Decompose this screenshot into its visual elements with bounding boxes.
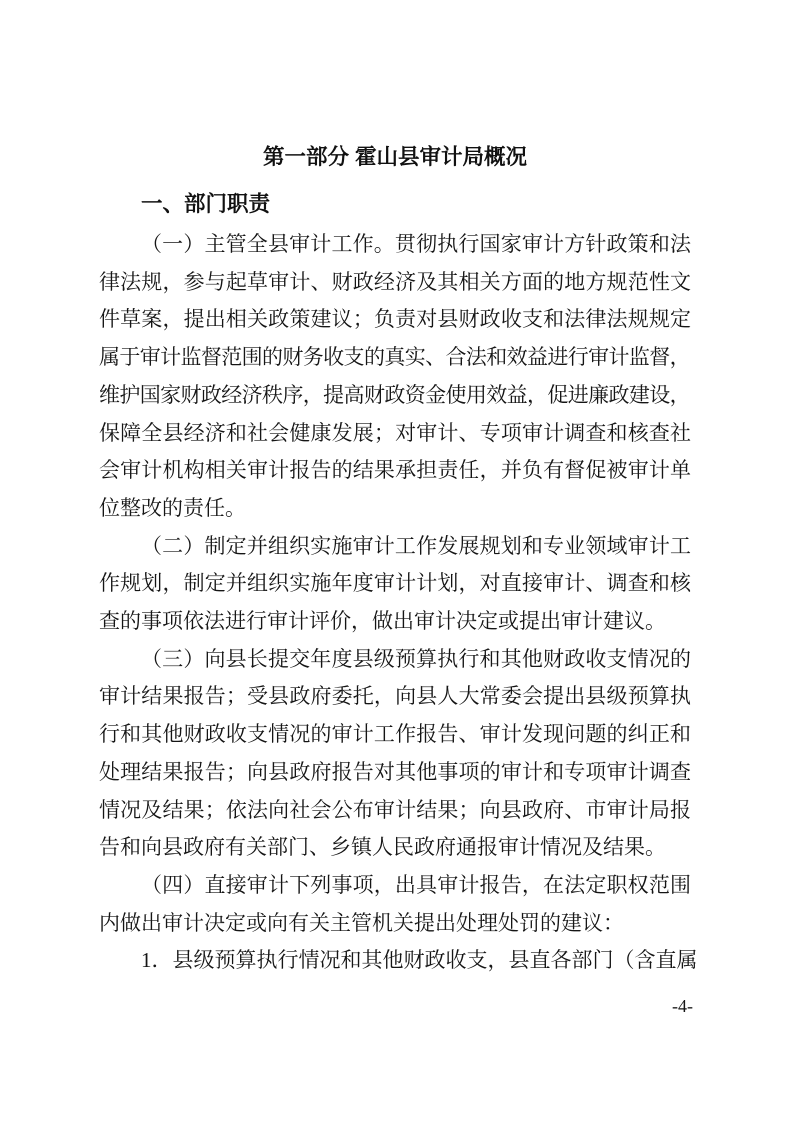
text-line: 处理结果报告；向县政府报告对其他事项的审计和专项审计调查 [99, 754, 691, 792]
text-line: （一）主管全县审计工作。贯彻执行国家审计方针政策和法 [99, 226, 691, 264]
text-line: （二）制定并组织实施审计工作发展规划和专业领域审计工 [99, 528, 691, 566]
document-body: （一）主管全县审计工作。贯彻执行国家审计方针政策和法 律法规，参与起草审计、财政… [99, 226, 691, 980]
text-line: 情况及结果；依法向社会公布审计结果；向县政府、市审计局报 [99, 792, 691, 830]
text-line: 律法规，参与起草审计、财政经济及其相关方面的地方规范性文 [99, 264, 691, 302]
text-line: 保障全县经济和社会健康发展；对审计、专项审计调查和核查社 [99, 415, 691, 453]
text-line: 行和其他财政收支情况的审计工作报告、审计发现问题的纠正和 [99, 716, 691, 754]
page-title: 第一部分 霍山县审计局概况 [99, 145, 691, 169]
page-number: -4- [99, 996, 693, 1016]
section-heading: 一、部门职责 [141, 192, 270, 217]
text-line: 件草案，提出相关政策建议；负责对县财政收支和法律法规规定 [99, 301, 691, 339]
document-page: 第一部分 霍山县审计局概况 一、部门职责 （一）主管全县审计工作。贯彻执行国家审… [0, 0, 793, 1122]
text-line: 1．县级预算执行情况和其他财政收支，县直各部门（含直属 [99, 942, 691, 980]
text-line: 作规划，制定并组织实施年度审计计划，对直接审计、调查和核 [99, 565, 691, 603]
text-line: 审计结果报告；受县政府委托，向县人大常委会提出县级预算执 [99, 678, 691, 716]
text-line: 位整改的责任。 [99, 490, 691, 528]
text-line: （三）向县长提交年度县级预算执行和其他财政收支情况的 [99, 641, 691, 679]
text-line: （四）直接审计下列事项，出具审计报告，在法定职权范围 [99, 867, 691, 905]
text-line: 属于审计监督范围的财务收支的真实、合法和效益进行审计监督， [99, 339, 691, 377]
text-line: 查的事项依法进行审计评价，做出审计决定或提出审计建议。 [99, 603, 691, 641]
text-line: 会审计机构相关审计报告的结果承担责任，并负有督促被审计单 [99, 452, 691, 490]
text-line: 维护国家财政经济秩序，提高财政资金使用效益，促进廉政建设， [99, 377, 691, 415]
text-line: 告和向县政府有关部门、乡镇人民政府通报审计情况及结果。 [99, 829, 691, 867]
text-line: 内做出审计决定或向有关主管机关提出处理处罚的建议： [99, 905, 691, 943]
